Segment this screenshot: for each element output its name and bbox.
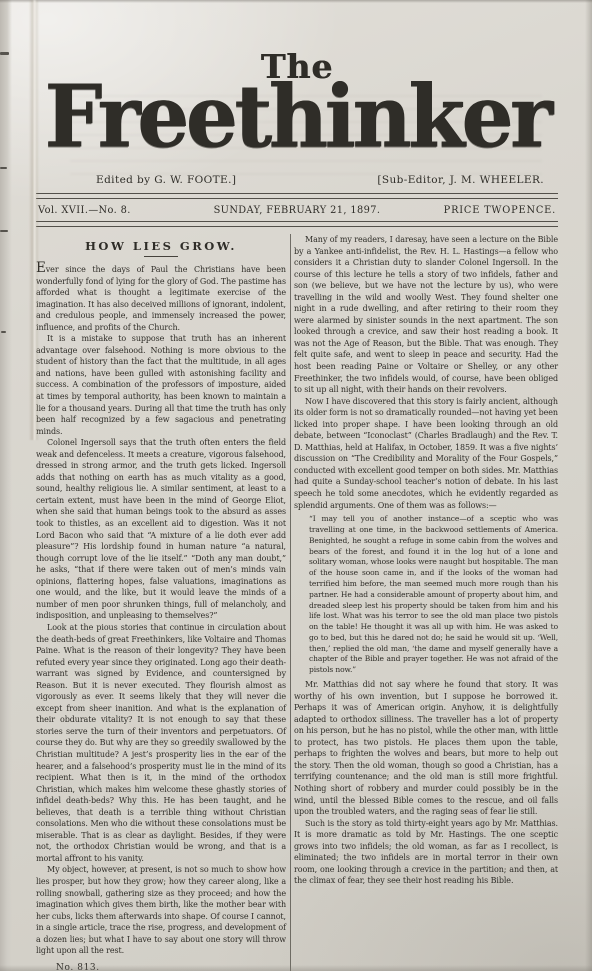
page-content: The Freethinker Edited by G. W. FOOTE.] … — [0, 0, 592, 971]
editor-row: Edited by G. W. FOOTE.] [Sub-Editor, J. … — [36, 174, 558, 186]
article-columns: HOW LIES GROW. Ever since the days of Pa… — [36, 232, 558, 971]
edited-by: Edited by G. W. FOOTE.] — [96, 174, 236, 186]
scan-top-edge — [0, 0, 592, 3]
paragraph: Look at the pious stories that continue … — [36, 622, 286, 864]
sub-editor: [Sub-Editor, J. M. WHEELER. — [377, 174, 544, 186]
paragraph: Such is the story as told thirty-eight y… — [294, 818, 558, 887]
right-column-text-intro: Many of my readers, I daresay, have seen… — [294, 234, 558, 511]
paragraph: Ever since the days of Paul the Christia… — [36, 264, 286, 333]
paragraph: Mr. Matthias did not say where he found … — [294, 679, 558, 818]
price: PRICE TWOPENCE. — [386, 205, 556, 216]
masthead-title: Freethinker — [36, 76, 558, 161]
column-divider-rule — [290, 234, 291, 971]
issue-row: Vol. XVII.—No. 8. SUNDAY, FEBRUARY 21, 1… — [36, 199, 558, 218]
issue-date: SUNDAY, FEBRUARY 21, 1897. — [208, 205, 386, 216]
right-column: Many of my readers, I daresay, have seen… — [294, 232, 558, 971]
left-column: HOW LIES GROW. Ever since the days of Pa… — [36, 232, 286, 971]
scan-bottom-edge — [0, 965, 592, 971]
newspaper-page: The Freethinker Edited by G. W. FOOTE.] … — [0, 0, 592, 971]
scan-right-edge — [585, 0, 592, 971]
spine-mark — [0, 230, 8, 232]
headline-rule — [144, 256, 178, 257]
paragraph: My object, however, at present, is not s… — [36, 864, 286, 956]
paragraph: Many of my readers, I daresay, have seen… — [294, 234, 558, 396]
article-headline: HOW LIES GROW. — [36, 239, 286, 253]
paragraph: Now I have discovered that this story is… — [294, 396, 558, 511]
anecdote-quote: “I may tell you of another instance—of a… — [309, 514, 558, 676]
header-rule — [36, 221, 558, 227]
masthead: The Freethinker Edited by G. W. FOOTE.] … — [36, 0, 558, 227]
spine-mark — [1, 331, 6, 333]
page-fold-crease — [29, 0, 39, 440]
spine-mark — [0, 167, 7, 169]
volume-number: Vol. XVII.—No. 8. — [38, 205, 208, 216]
paragraph: Colonel Ingersoll says that the truth of… — [36, 437, 286, 622]
right-column-text-outro: Mr. Matthias did not say where he found … — [294, 679, 558, 887]
header-rule — [36, 193, 558, 199]
paragraph: It is a mistake to suppose that truth ha… — [36, 333, 286, 437]
scan-left-edge — [0, 0, 12, 971]
spine-mark — [0, 52, 9, 55]
left-column-text: Ever since the days of Paul the Christia… — [36, 264, 286, 957]
